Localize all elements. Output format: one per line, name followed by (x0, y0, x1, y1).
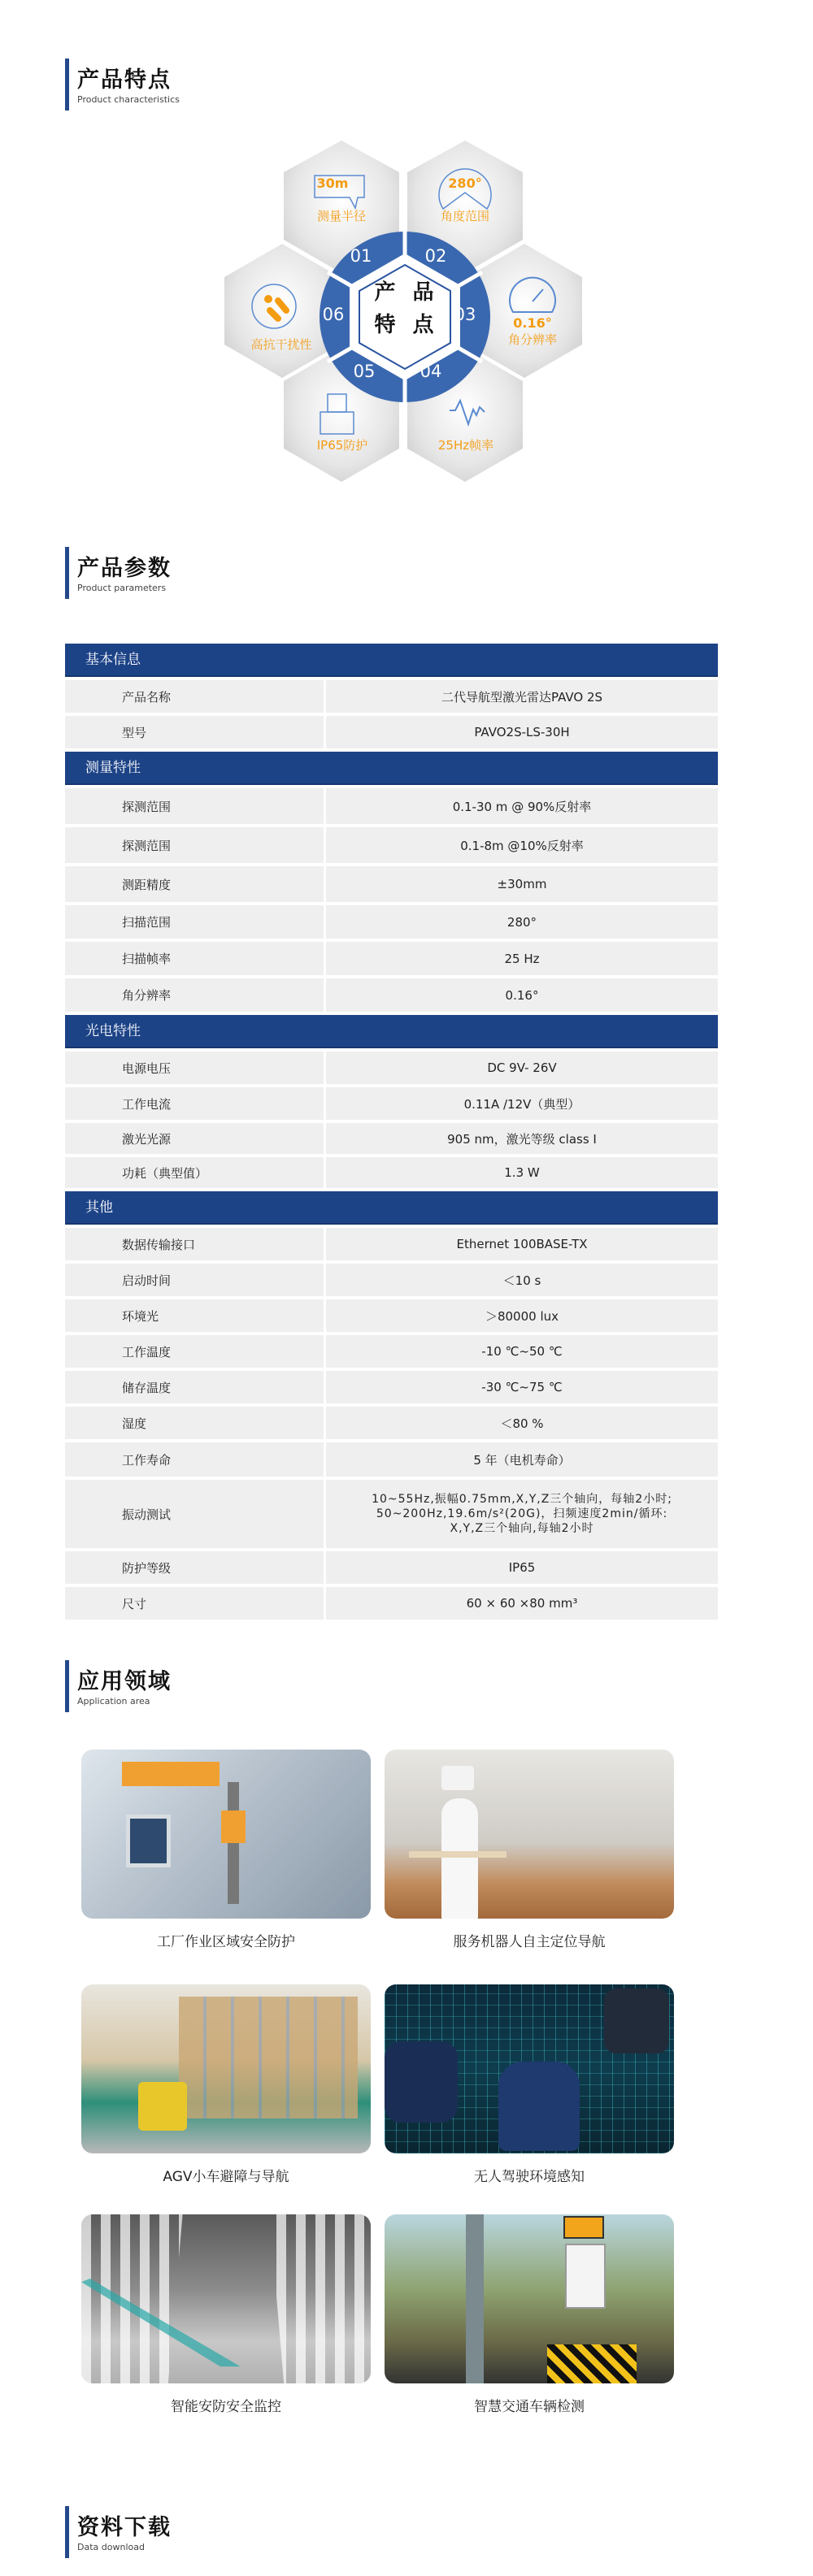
section-title-cn: 产品特点 (77, 67, 180, 94)
section-title-download: 资料下载 Data download (65, 2506, 172, 2558)
table-row: 防护等级IP65 (65, 1551, 718, 1584)
application-caption: AGV小车避障与导航 (81, 2165, 371, 2185)
table-row: 环境光＞80000 lux (65, 1299, 718, 1332)
feature-label: 测量半径 (280, 207, 402, 224)
table-row: 功耗（典型值）1.3 W (65, 1157, 718, 1188)
table-row: 探测范围0.1-8m @10%反射率 (65, 827, 718, 863)
section-title-en: Product parameters (77, 583, 172, 594)
feature-value: 0.16° (472, 315, 593, 331)
table-row: 湿度＜80 % (65, 1407, 718, 1439)
application-caption: 无人驾驶环境感知 (385, 2165, 674, 2185)
table-row: 角分辨率0.16° (65, 978, 718, 1012)
application-card: 工厂作业区域安全防护 (81, 1750, 371, 1950)
table-row: 探测范围0.1-30 m @ 90%反射率 (65, 788, 718, 824)
table-row: 储存温度-30 ℃~75 ℃ (65, 1371, 718, 1403)
table-row: 工作电流0.11A /12V（典型） (65, 1087, 718, 1120)
feature-02: 280° 角度范围 (404, 176, 526, 224)
section-title-apps: 应用领域 Application area (65, 1660, 172, 1712)
section-title-params: 产品参数 Product parameters (65, 547, 172, 599)
section-title-en: Application area (77, 1696, 172, 1707)
factory-robot-arm-image (81, 1750, 371, 1919)
center-label: 产 品 特 点 (371, 276, 442, 341)
table-row: 数据传输接口Ethernet 100BASE-TX (65, 1228, 718, 1260)
group-header-other: 其他 (65, 1191, 718, 1225)
section-title-features: 产品特点 Product characteristics (65, 59, 180, 111)
table-row: 激光光源905 nm，激光等级 class I (65, 1123, 718, 1154)
warehouse-forklift-image (81, 1984, 371, 2153)
service-robot-kitchen-image (385, 1750, 674, 1919)
table-row: 电源电压DC 9V- 26V (65, 1052, 718, 1084)
feature-05: IP65防护 (281, 436, 403, 453)
section-title-cn: 产品参数 (77, 555, 172, 583)
table-row: 尺寸60 × 60 ×80 mm³ (65, 1587, 718, 1620)
table-row: 工作温度-10 ℃~50 ℃ (65, 1335, 718, 1368)
feature-03: 0.16° 角分辨率 (472, 315, 593, 348)
feature-01: 30m 测量半径 (280, 176, 402, 224)
application-caption: 服务机器人自主定位导航 (385, 1930, 674, 1950)
application-card: 服务机器人自主定位导航 (385, 1750, 674, 1950)
feature-label: IP65防护 (281, 436, 403, 453)
features-diagram: 01 02 03 04 05 06 产 品 特 点 30m 测量半径 280° … (211, 130, 602, 504)
feature-label: 角度范围 (404, 207, 526, 224)
table-row: 工作寿命5 年（电机寿命） (65, 1442, 718, 1477)
application-card: 智能安防安全监控 (81, 2214, 371, 2415)
group-header-optoelectronic: 光电特性 (65, 1015, 718, 1048)
feature-label: 高抗干扰性 (220, 336, 342, 353)
table-row: 产品名称二代导航型激光雷达PAVO 2S (65, 680, 718, 713)
table-row: 启动时间＜10 s (65, 1264, 718, 1296)
section-title-en: Data download (77, 2542, 172, 2553)
table-row: 扫描范围280° (65, 905, 718, 939)
section-title-cn: 资料下载 (77, 2514, 172, 2542)
feature-value: 280° (404, 176, 526, 191)
ring-number-02: 02 (420, 246, 452, 266)
security-corridor-image (81, 2214, 371, 2383)
section-title-en: Product characteristics (77, 94, 180, 106)
feature-06: 高抗干扰性 (220, 336, 342, 353)
group-header-basic: 基本信息 (65, 644, 718, 677)
application-caption: 智慧交通车辆检测 (385, 2395, 674, 2415)
application-card: 智慧交通车辆检测 (385, 2214, 674, 2415)
feature-value: 30m (263, 176, 402, 191)
table-row: 扫描帧率25 Hz (65, 942, 718, 975)
ring-number-06: 06 (317, 305, 350, 324)
application-caption: 智能安防安全监控 (81, 2395, 371, 2415)
table-row: 型号PAVO2S-LS-30H (65, 716, 718, 748)
feature-label: 25Hz帧率 (405, 436, 527, 453)
group-header-measurement: 测量特性 (65, 752, 718, 785)
autonomous-cars-image (385, 1984, 674, 2153)
application-caption: 工厂作业区域安全防护 (81, 1930, 371, 1950)
feature-04: 25Hz帧率 (405, 436, 527, 453)
feature-label: 角分辨率 (472, 331, 593, 348)
application-card: 无人驾驶环境感知 (385, 1984, 674, 2185)
spec-table: 基本信息 产品名称二代导航型激光雷达PAVO 2S 型号PAVO2S-LS-30… (65, 644, 718, 1623)
ring-number-01: 01 (345, 246, 377, 266)
table-row: 测距精度±30mm (65, 866, 718, 902)
application-card: AGV小车避障与导航 (81, 1984, 371, 2185)
table-row: 振动测试10~55Hz,振幅0.75mm,X,Y,Z三个轴向，每轴2小时; 50… (65, 1480, 718, 1548)
ring-number-04: 04 (415, 362, 447, 381)
toll-station-image (385, 2214, 674, 2383)
ring-number-05: 05 (348, 362, 380, 381)
section-title-cn: 应用领域 (77, 1668, 172, 1696)
